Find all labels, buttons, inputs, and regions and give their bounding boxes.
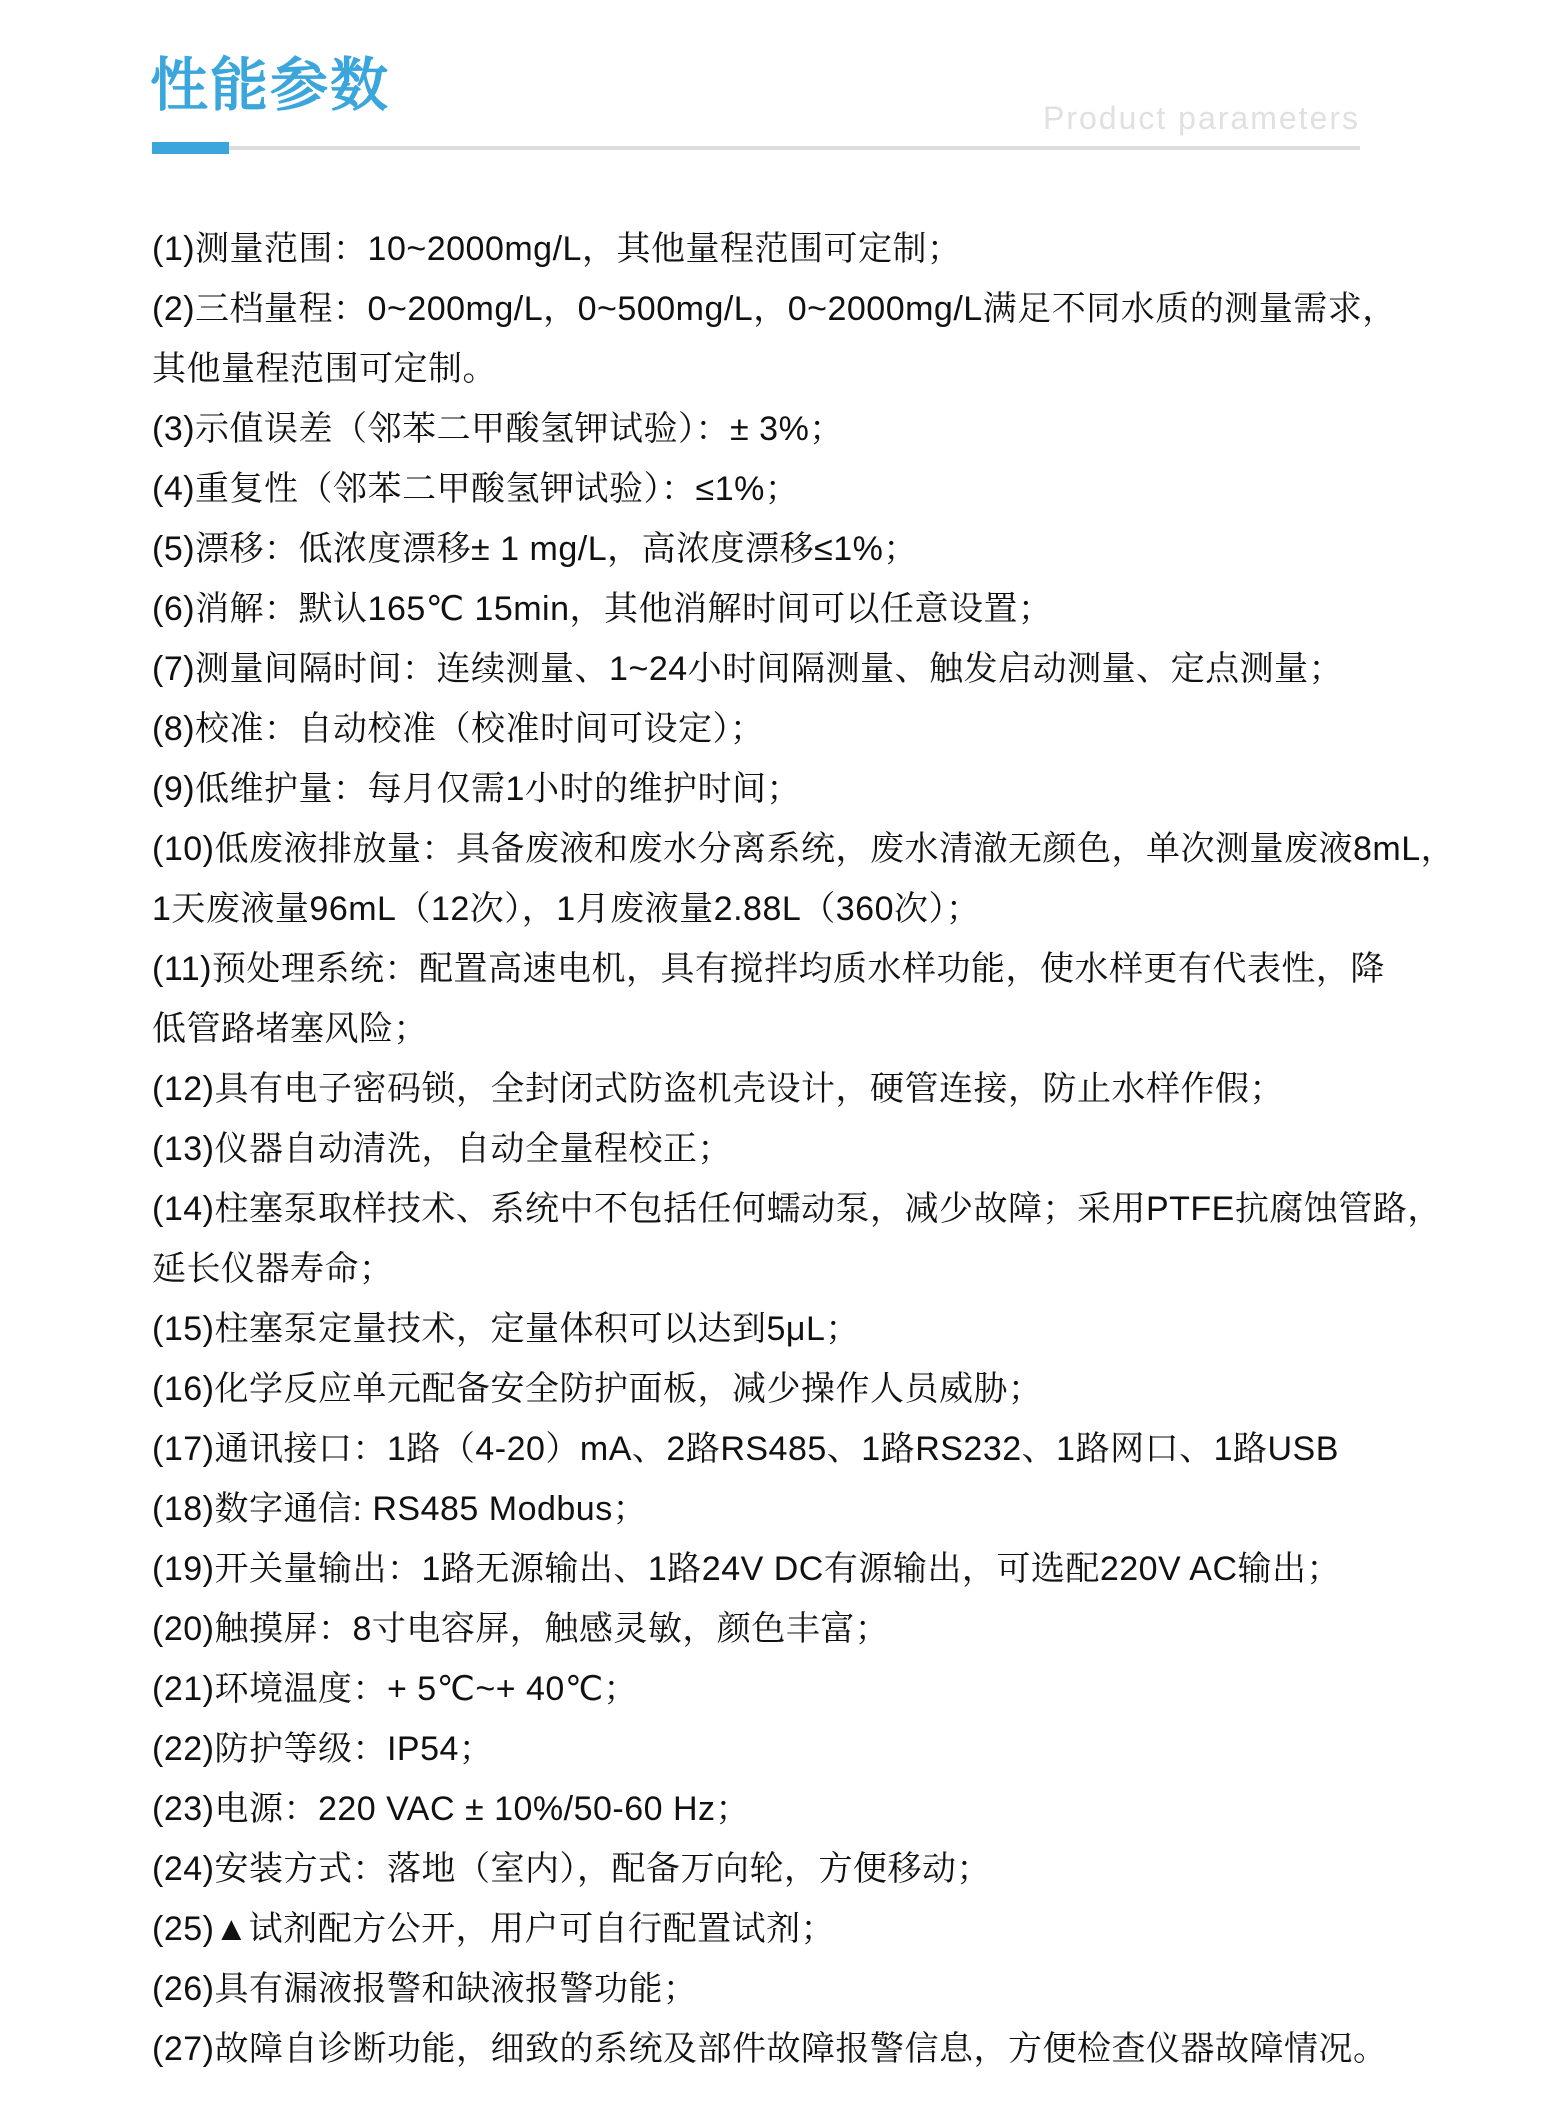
spec-item-7-line-1: (7)测量间隔时间：连续测量、1~24小时间隔测量、触发启动测量、定点测量； (152, 639, 1482, 699)
page-title: 性能参数 (150, 38, 390, 122)
spec-item-3-line-1: (3)示值误差（邻苯二甲酸氢钾试验）：± 3%； (152, 399, 1482, 459)
page-subtitle: Product parameters (1043, 100, 1360, 137)
spec-item-27-line-1: (27)故障自诊断功能，细致的系统及部件故障报警信息，方便检查仪器故障情况。 (152, 2019, 1482, 2079)
spec-item-1-line-1: (1)测量范围：10~2000mg/L，其他量程范围可定制； (152, 219, 1482, 279)
spec-item-25-line-1: (25)▲试剂配方公开，用户可自行配置试剂； (152, 1899, 1482, 1959)
spec-item-11-line-1: (11)预处理系统：配置高速电机，具有搅拌均质水样功能，使水样更有代表性，降 (152, 939, 1482, 999)
spec-item-11-line-2: 低管路堵塞风险； (152, 999, 1482, 1059)
spec-item-21-line-1: (21)环境温度：+ 5℃~+ 40℃； (152, 1659, 1482, 1719)
spec-list: (1)测量范围：10~2000mg/L，其他量程范围可定制；(2)三档量程：0~… (152, 219, 1482, 2079)
spec-item-22-line-1: (22)防护等级：IP54； (152, 1719, 1482, 1779)
spec-item-2-line-1: (2)三档量程：0~200mg/L，0~500mg/L，0~2000mg/L满足… (152, 279, 1482, 339)
spec-item-24-line-1: (24)安装方式：落地（室内），配备万向轮，方便移动； (152, 1839, 1482, 1899)
spec-item-13-line-1: (13)仪器自动清洗，自动全量程校正； (152, 1119, 1482, 1179)
spec-item-20-line-1: (20)触摸屏：8寸电容屏，触感灵敏，颜色丰富； (152, 1599, 1482, 1659)
spec-item-23-line-1: (23)电源：220 VAC ± 10%/50-60 Hz； (152, 1779, 1482, 1839)
spec-item-17-line-1: (17)通讯接口：1路（4-20）mA、2路RS485、1路RS232、1路网口… (152, 1419, 1482, 1479)
spec-item-10-line-1: (10)低废液排放量：具备废液和废水分离系统，废水清澈无颜色，单次测量废液8mL… (152, 819, 1482, 879)
spec-item-26-line-1: (26)具有漏液报警和缺液报警功能； (152, 1959, 1482, 2019)
spec-item-14-line-1: (14)柱塞泵取样技术、系统中不包括任何蠕动泵，减少故障；采用PTFE抗腐蚀管路… (152, 1179, 1482, 1239)
spec-item-5-line-1: (5)漂移：低浓度漂移± 1 mg/L，高浓度漂移≤1%； (152, 519, 1482, 579)
spec-item-9-line-1: (9)低维护量：每月仅需1小时的维护时间； (152, 759, 1482, 819)
document-page: 性能参数 Product parameters (1)测量范围：10~2000m… (0, 0, 1550, 2121)
spec-item-15-line-1: (15)柱塞泵定量技术，定量体积可以达到5μL； (152, 1299, 1482, 1359)
header-divider-line (152, 146, 1360, 150)
spec-item-6-line-1: (6)消解：默认165℃ 15min，其他消解时间可以任意设置； (152, 579, 1482, 639)
spec-item-18-line-1: (18)数字通信: RS485 Modbus； (152, 1479, 1482, 1539)
spec-item-19-line-1: (19)开关量输出：1路无源输出、1路24V DC有源输出，可选配220V AC… (152, 1539, 1482, 1599)
spec-item-8-line-1: (8)校准：自动校准（校准时间可设定）； (152, 699, 1482, 759)
spec-item-10-line-2: 1天废液量96mL（12次），1月废液量2.88L（360次）； (152, 879, 1482, 939)
spec-item-12-line-1: (12)具有电子密码锁，全封闭式防盗机壳设计，硬管连接，防止水样作假； (152, 1059, 1482, 1119)
spec-item-14-line-2: 延长仪器寿命； (152, 1239, 1482, 1299)
spec-item-2-line-2: 其他量程范围可定制。 (152, 339, 1482, 399)
spec-item-4-line-1: (4)重复性（邻苯二甲酸氢钾试验）：≤1%； (152, 459, 1482, 519)
spec-item-16-line-1: (16)化学反应单元配备安全防护面板，减少操作人员威胁； (152, 1359, 1482, 1419)
header-divider-accent-bar (152, 142, 229, 154)
